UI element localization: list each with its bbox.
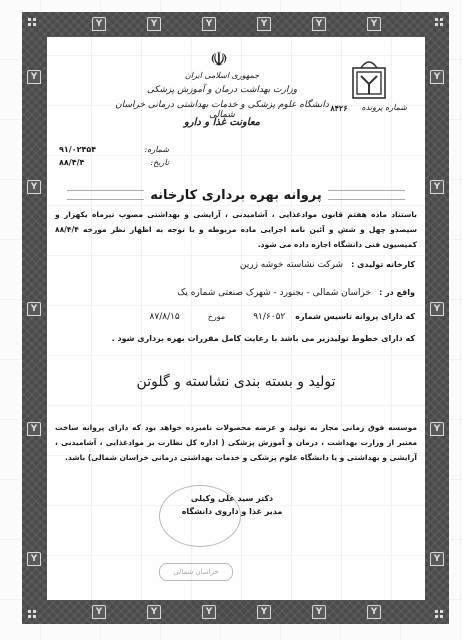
factory-label: کارخانه تولیدی :: [351, 260, 415, 270]
establishment-field: که دارای پروانه تاسیس شماره ۹۱/۶۰۵۲ مورخ…: [150, 312, 415, 322]
signatory-position: مدیر غذا و داروی دانشگاه: [147, 505, 317, 518]
frame-logo-icon: [27, 180, 41, 194]
frame-logo-icon: [430, 552, 444, 566]
header-republic: جمهوری اسلامی ایران: [107, 71, 337, 80]
left-ornament-icon: [67, 190, 144, 200]
right-ornament-icon: [328, 190, 405, 200]
corner-ornament-icon: [435, 610, 443, 618]
location-field: واقع در : خراسان شمالی - بجنورد - شهرک ص…: [177, 288, 415, 298]
frame-logo-icon: [312, 605, 326, 619]
corner-ornament-icon: [435, 18, 443, 26]
reference-number-label: شماره:: [144, 145, 169, 154]
corner-ornament-icon: [28, 18, 36, 26]
health-ministry-logo-icon: [347, 54, 391, 104]
establishment-date-label: مورخ: [208, 312, 225, 322]
product-line: تولید و بسته بندی نشاسته و گلوتن: [67, 374, 405, 390]
frame-logo-icon: [367, 605, 381, 619]
establishment-label: که دارای پروانه تاسیس شماره: [295, 312, 415, 322]
frame-logo-icon: [367, 17, 381, 31]
file-number: شماره پرونده ۸۴۲۶: [330, 103, 407, 113]
frame-logo-icon: [147, 605, 161, 619]
establishment-date: ۸۷/۸/۱۵: [150, 312, 180, 322]
file-number-label: شماره پرونده: [362, 103, 407, 113]
establishment-number: ۹۱/۶۰۵۲: [253, 312, 285, 322]
factory-field: کارخانه تولیدی : شرکت نشاسته خوشه زرین: [240, 260, 415, 270]
intro-paragraph: باستناد ماده هفتم قانون موادغذایی ، آشام…: [55, 207, 417, 252]
frame-logo-icon: [202, 17, 216, 31]
reference-date-value: ۸۸/۴/۴: [59, 158, 84, 167]
reference-number-value: ۹۱/۰۲۴۵۴: [59, 145, 96, 154]
oval-stamp: خراسان شمالی: [159, 563, 233, 581]
certificate-paper: ☫ جمهوری اسلامی ایران وزارت بهداشت درمان…: [47, 37, 425, 600]
page-title: پروانه بهره برداری کارخانه: [150, 188, 322, 203]
frame-logo-icon: [257, 17, 271, 31]
reference-number-row: شماره: ۹۱/۰۲۴۵۴: [59, 145, 169, 154]
signatory-name: دکتر سید علی وکیلی: [147, 492, 317, 505]
frame-logo-icon: [202, 605, 216, 619]
frame-logo-icon: [257, 605, 271, 619]
signature-block: دکتر سید علی وکیلی مدیر غذا و داروی دانش…: [147, 492, 317, 518]
frame-logo-icon: [92, 605, 106, 619]
reference-date-label: تاریخ:: [150, 158, 169, 167]
title-block: پروانه بهره برداری کارخانه: [67, 183, 405, 207]
frame-logo-icon: [312, 17, 326, 31]
frame-logo-icon: [27, 552, 41, 566]
file-number-value: ۸۴۲۶: [330, 103, 347, 113]
frame-logo-icon: [430, 422, 444, 436]
location-label: واقع در :: [379, 288, 415, 298]
header-ministry: وزارت بهداشت درمان و آموزش پزشکی: [107, 85, 337, 95]
frame-logo-icon: [430, 302, 444, 316]
frame-logo-icon: [147, 17, 161, 31]
frame-logo-icon: [27, 422, 41, 436]
frame-logo-icon: [430, 70, 444, 84]
reference-block: شماره: ۹۱/۰۲۴۵۴ تاریخ: ۸۸/۴/۴: [59, 145, 169, 171]
frame-logo-icon: [27, 302, 41, 316]
closing-paragraph: موسسه فوق زمانی مجاز به تولید و عرضه محص…: [55, 420, 417, 465]
frame-logo-icon: [92, 17, 106, 31]
frame-logo-icon: [430, 180, 444, 194]
header-deputy: معاونت غذا و دارو: [107, 117, 337, 128]
location-value: خراسان شمالی - بجنورد - شهرک صنعتی شماره…: [177, 288, 371, 298]
frame-logo-icon: [27, 70, 41, 84]
lines-statement: که دارای خطوط تولیدزیر می باشد با رعایت …: [112, 334, 415, 343]
reference-date-row: تاریخ: ۸۸/۴/۴: [59, 158, 169, 167]
factory-value: شرکت نشاسته خوشه زرین: [240, 260, 343, 270]
iran-emblem-icon: ☫: [207, 47, 231, 71]
corner-ornament-icon: [28, 610, 36, 618]
